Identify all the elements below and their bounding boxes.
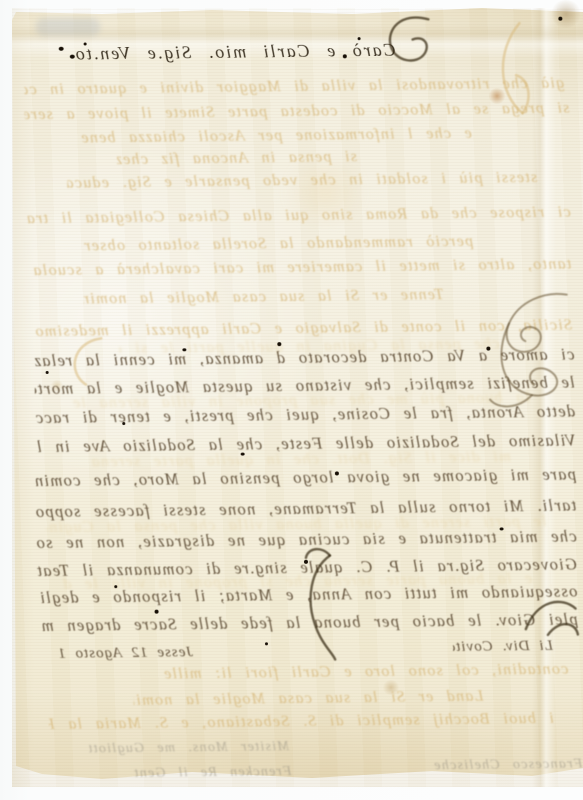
ink-speck: [84, 42, 87, 45]
ink-speck: [358, 37, 361, 40]
ink-speck: [304, 560, 308, 564]
ink-speck: [114, 585, 117, 588]
ink-speck: [155, 610, 159, 614]
pencil-note: Francesco Chelische: [432, 751, 582, 779]
bleedthrough-layer: già che ritrovandosi la villa di Maggior…: [0, 0, 583, 800]
body-line: pare mi giacome ne giova lorgo pensino l…: [36, 462, 576, 495]
bleedthrough-line: contadini, col sono loro e Carli fiori l…: [148, 657, 568, 688]
ink-speck: [558, 17, 562, 21]
ink-speck: [122, 422, 125, 425]
ink-speck: [486, 347, 490, 351]
ink-speck: [241, 453, 245, 456]
ink-speck: [70, 55, 75, 59]
salutation-line: Carò e Carli mio. Sig.e Ven.to Chrì: [66, 37, 396, 67]
ink-speck: [182, 348, 186, 351]
flourish-spiral-right: [479, 289, 576, 420]
pencil-note: Misiter Mons. me Gugliotti: [89, 734, 289, 762]
pencil-note: Frencken Re il Gent: [116, 759, 291, 787]
ink-speck: [46, 371, 49, 374]
manuscript-scan: già che ritrovandosi la villa di Maggior…: [0, 0, 583, 800]
flourish-loop-top-right: [485, 17, 546, 128]
bleedthrough-line: ci rispose che da Roma sino qui alla Chi…: [26, 200, 571, 233]
ink-speck: [343, 54, 347, 58]
ink-speck: [500, 527, 504, 530]
flourish-swash-left: [61, 332, 112, 393]
bleedthrough-line: Tenne er Si la sua casa Moglie la nomina…: [84, 282, 444, 312]
bleedthrough-line: tanto, altro si mette il cameriere mi ca…: [26, 252, 571, 285]
ink-speck: [277, 342, 281, 346]
bleedthrough-line: stessi più i soldati in che vedo pensarl…: [67, 165, 537, 197]
bleedthrough-line: i buoi Bocchij semplici di S. Sebastiano…: [49, 706, 554, 738]
flourish-signature-curls: [517, 588, 583, 644]
flourish-initial-swirl: [380, 13, 436, 69]
ink-speck: [59, 47, 64, 51]
flourish-descender: [292, 547, 338, 663]
ink-speck: [335, 471, 339, 475]
ink-speck: [265, 642, 268, 645]
